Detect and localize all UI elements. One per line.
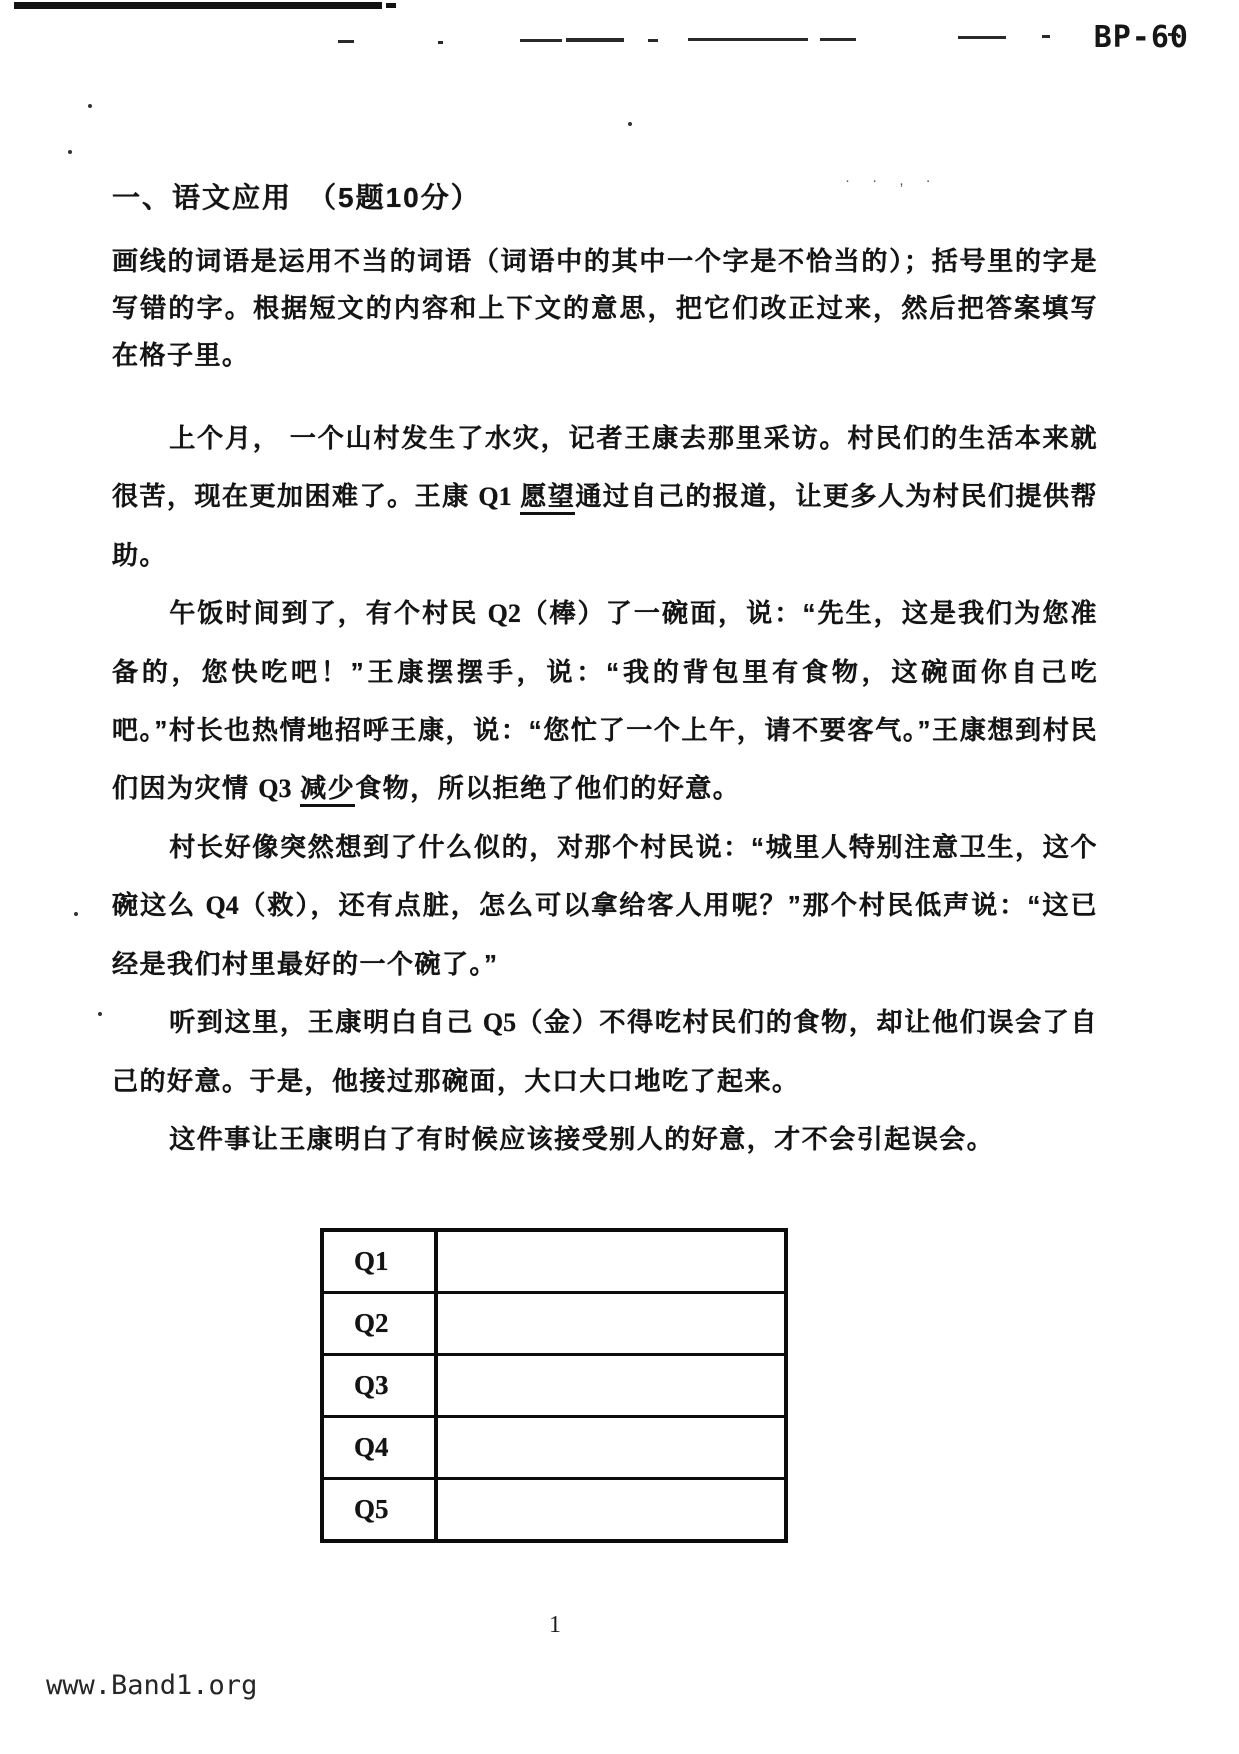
- page-number: 1: [549, 1612, 561, 1639]
- section-instructions: 画线的词语是运用不当的词语（词语中的其中一个字是不恰当的）；括号里的字是写错的字…: [112, 238, 1098, 379]
- answer-cell: [438, 1232, 784, 1291]
- scan-speck: [68, 150, 72, 154]
- passage-text: 听到这里，王康明白自己: [169, 1007, 483, 1037]
- answer-table: Q1Q2Q3Q4Q5: [320, 1228, 788, 1543]
- answer-row-label: Q1: [324, 1232, 438, 1291]
- answer-table-row: Q3: [324, 1356, 784, 1418]
- scan-artifact-dash: [1042, 35, 1050, 38]
- scan-speck: [98, 1012, 102, 1016]
- answer-row-label: Q5: [324, 1480, 438, 1539]
- footer-url: www.Band1.org: [46, 1670, 257, 1701]
- answer-row-label: Q3: [324, 1356, 438, 1415]
- passage: 上个月， 一个山村发生了水灾，记者王康去那里采访。村民们的生活本来就很苦，现在更…: [112, 409, 1098, 1168]
- passage-paragraph: 这件事让王康明白了有时候应该接受别人的好意，才不会引起误会。: [112, 1110, 1098, 1168]
- passage-text: 食物，所以拒绝了他们的好意。: [355, 773, 740, 803]
- scan-artifact-dash: [520, 39, 562, 42]
- passage-text: 这件事让王康明白了有时候应该接受别人的好意，才不会引起误会。: [169, 1124, 994, 1154]
- document-code: BP-60: [1094, 20, 1189, 55]
- scan-speck: [74, 912, 78, 916]
- answer-table-row: Q2: [324, 1294, 784, 1356]
- scan-artifact-dash: [688, 38, 808, 41]
- question-marker: Q3: [258, 774, 291, 803]
- answer-cell: [438, 1480, 784, 1539]
- scan-artifact-dash: [438, 41, 443, 44]
- scan-artifact-dash: [338, 40, 354, 43]
- passage-text: [512, 481, 521, 511]
- question-marker: Q5: [483, 1008, 516, 1037]
- scan-speck: [88, 104, 92, 108]
- answer-cell: [438, 1294, 784, 1353]
- scan-artifact-dash: [648, 39, 658, 42]
- answer-row-label: Q2: [324, 1294, 438, 1353]
- scan-artifact-dash: [958, 36, 1006, 39]
- answer-table-row: Q4: [324, 1418, 784, 1480]
- scan-artifact-dash: [820, 38, 856, 41]
- passage-text: [291, 773, 300, 803]
- answer-table-row: Q5: [324, 1480, 784, 1539]
- answer-cell: [438, 1418, 784, 1477]
- answer-table-row: Q1: [324, 1232, 784, 1294]
- underlined-word: 减少: [300, 773, 355, 807]
- content-column: 一、语文应用 （5题10分） 画线的词语是运用不当的词语（词语中的其中一个字是不…: [112, 176, 1098, 1168]
- question-marker: Q2: [488, 599, 521, 628]
- scan-artifact-dash: [566, 38, 624, 42]
- passage-paragraph: 听到这里，王康明白自己 Q5（金）不得吃村民们的食物，却让他们误会了自己的好意。…: [112, 993, 1098, 1110]
- scan-artifact-bar: [14, 2, 382, 9]
- passage-text: （救），还有点脏，怎么可以拿给客人用呢？”那个村民低声说：“这已经是我们村里最好…: [112, 890, 1098, 979]
- scan-speck: [628, 122, 632, 126]
- section-heading: 一、语文应用 （5题10分）: [112, 176, 1098, 216]
- passage-paragraph: 村长好像突然想到了什么似的，对那个村民说：“城里人特别注意卫生，这个碗这么 Q4…: [112, 818, 1098, 993]
- question-marker: Q1: [478, 482, 511, 511]
- passage-paragraph: 午饭时间到了，有个村民 Q2（棒）了一碗面，说：“先生，这是我们为您准备的，您快…: [112, 584, 1098, 818]
- scanned-exam-page: · · , · BP-60 一、语文应用 （5题10分） 画线的词语是运用不当的…: [0, 0, 1239, 1754]
- passage-paragraph: 上个月， 一个山村发生了水灾，记者王康去那里采访。村民们的生活本来就很苦，现在更…: [112, 409, 1098, 584]
- answer-row-label: Q4: [324, 1418, 438, 1477]
- underlined-word: 愿望: [520, 481, 575, 515]
- passage-text: 午饭时间到了，有个村民: [169, 598, 487, 628]
- question-marker: Q4: [206, 891, 239, 920]
- answer-cell: [438, 1356, 784, 1415]
- scan-artifact-bar: [386, 3, 396, 8]
